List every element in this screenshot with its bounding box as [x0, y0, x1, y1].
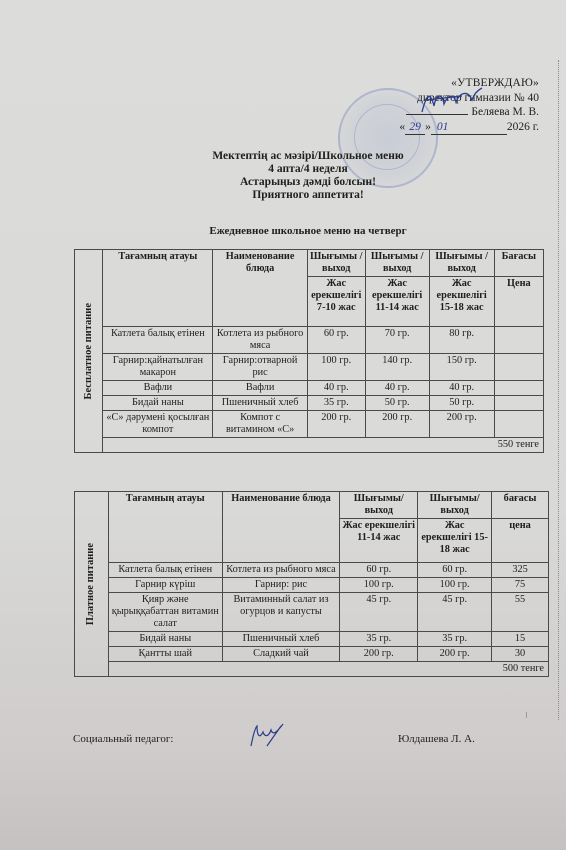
heading-line-4: Приятного аппетита!: [50, 189, 566, 202]
heading-line-1: Мектептің ас мәзірі/Школьное меню: [50, 150, 566, 163]
header-output-2: Шығымы/ выход: [418, 492, 492, 519]
header-age-1: Жас ерекшелігі 7-10 жас: [307, 277, 365, 327]
table-row: «С» дәрумені қосылған компот Компот с ви…: [75, 411, 544, 438]
header-output-3: Шығымы / выход: [429, 250, 494, 277]
free-side-label: Бесплатное питание: [83, 303, 95, 399]
header-age-1: Жас ерекшелігі 11-14 жас: [340, 519, 418, 563]
paid-side-label: Платное питание: [85, 543, 97, 625]
approval-date-day: 29: [405, 120, 425, 136]
scan-mark: [526, 712, 527, 718]
heading-line-2: 4 апта/4 неделя: [50, 163, 566, 176]
free-total: 550 тенге: [103, 438, 544, 453]
menu-subheading: Ежедневное школьное меню на четверг: [0, 225, 566, 237]
header-age-3: Жас ерекшелігі 15-18 жас: [429, 277, 494, 327]
menu-heading: Мектептің ас мәзірі/Школьное меню 4 апта…: [0, 150, 566, 202]
table-row: Қияр және қырыққабаттан витамин салат Ви…: [75, 593, 549, 632]
director-signature: [416, 86, 486, 116]
free-side-label-cell: Бесплатное питание: [75, 250, 103, 453]
footer-name: Юлдашева Л. А.: [398, 733, 475, 745]
header-output-1: Шығымы/ выход: [340, 492, 418, 519]
approval-date-year: 2026 г.: [507, 121, 539, 133]
header-price-ru: Цена: [494, 277, 543, 327]
table-row: Гарнир:қайнатылған макарон Гарнир:отварн…: [75, 354, 544, 381]
table-row: Бидай наны Пшеничный хлеб 35 гр. 35 гр. …: [75, 632, 549, 647]
header-age-2: Жас ерекшелігі 11-14 жас: [365, 277, 429, 327]
table-row: Қантты шай Сладкий чай 200 гр. 200 гр. 3…: [75, 647, 549, 662]
header-price-kz: Бағасы: [494, 250, 543, 277]
paid-side-label-cell: Платное питание: [75, 492, 109, 677]
heading-line-3: Астарыңыз дәмді болсын!: [50, 176, 566, 189]
header-price-ru: цена: [492, 519, 549, 563]
header-name-kz: Тағамның атауы: [103, 250, 213, 327]
header-name-ru: Наименование блюда: [222, 492, 340, 563]
approval-date-month: 01: [431, 120, 507, 136]
header-age-2: Жас ерекшелігі 15-18 жас: [418, 519, 492, 563]
table-row: Бидай наны Пшеничный хлеб 35 гр. 50 гр. …: [75, 396, 544, 411]
paid-meals-table: Платное питание Тағамның атауы Наименова…: [74, 491, 549, 677]
approval-date: «29»012026 г.: [399, 120, 539, 136]
paid-total: 500 тенге: [108, 662, 548, 677]
header-name-ru: Наименование блюда: [213, 250, 307, 327]
header-price-kz: бағасы: [492, 492, 549, 519]
header-name-kz: Тағамның атауы: [108, 492, 222, 563]
table-row: Гарнир күріш Гарнир: рис 100 гр. 100 гр.…: [75, 578, 549, 593]
pedagog-signature: [247, 722, 287, 748]
header-output-2: Шығымы / выход: [365, 250, 429, 277]
header-output-1: Шығымы / выход: [307, 250, 365, 277]
table-row: Катлета балық етінен Котлета из рыбного …: [75, 563, 549, 578]
free-meals-table: Бесплатное питание Тағамның атауы Наимен…: [74, 249, 544, 453]
table-row: Катлета балық етінен Котлета из рыбного …: [75, 327, 544, 354]
scan-mark: [468, 330, 469, 336]
table-row: Вафли Вафли 40 гр. 40 гр. 40 гр.: [75, 381, 544, 396]
footer-role: Социальный педагог:: [73, 733, 173, 745]
